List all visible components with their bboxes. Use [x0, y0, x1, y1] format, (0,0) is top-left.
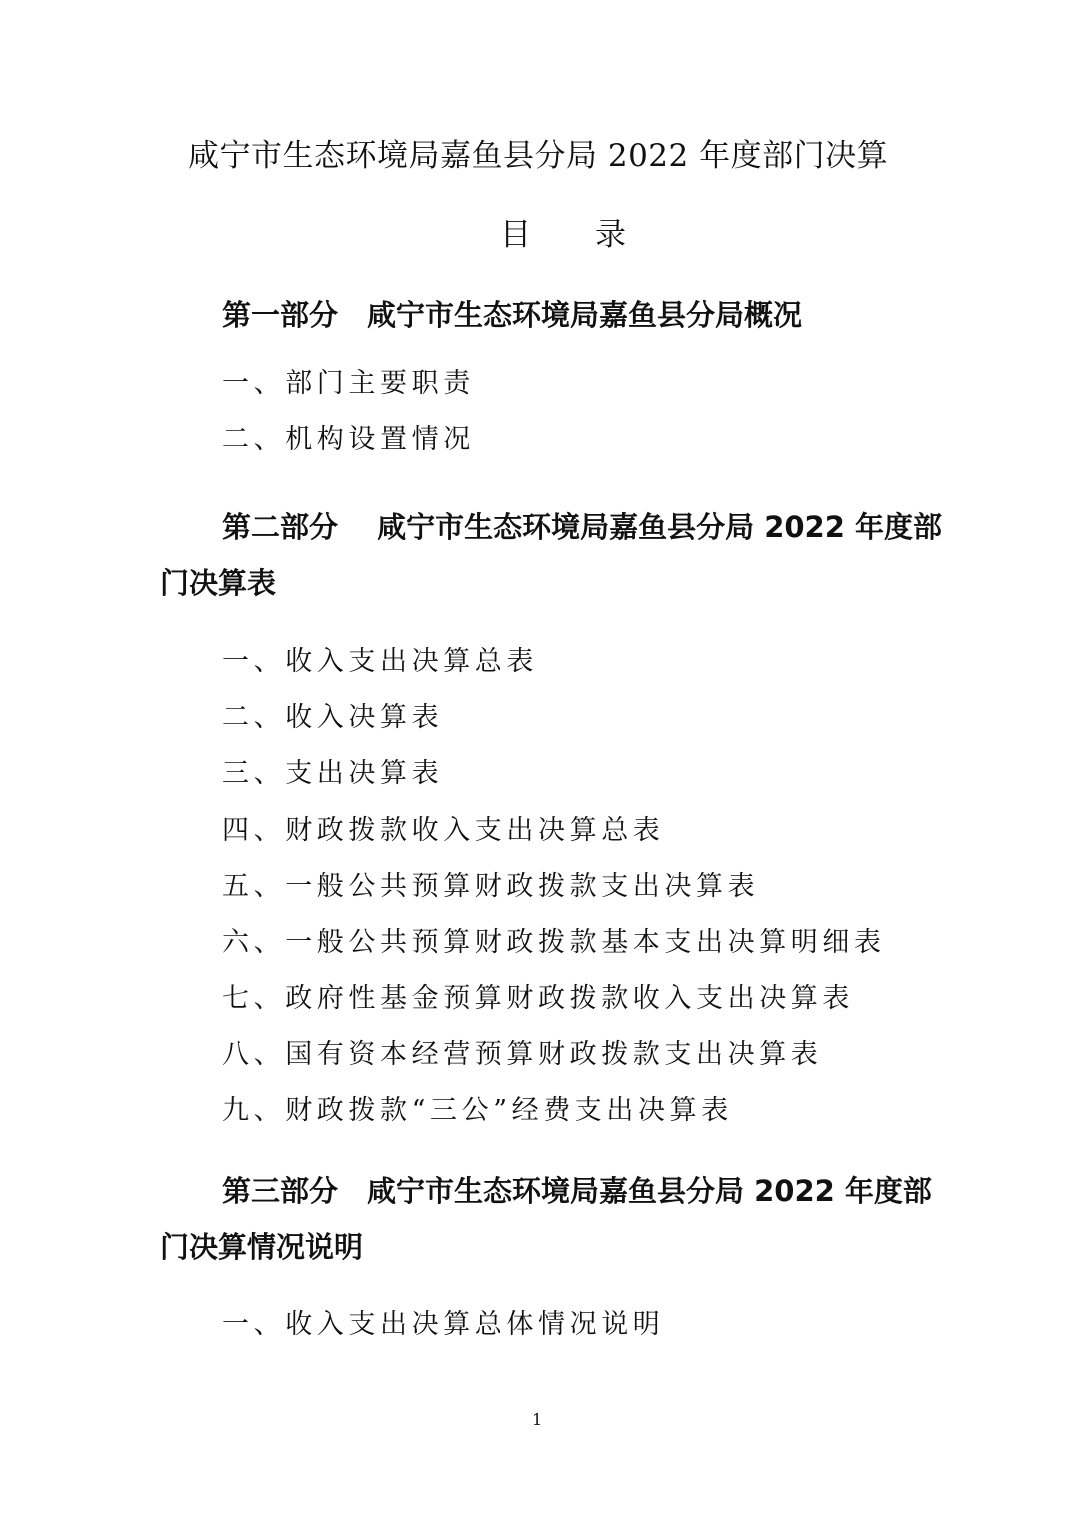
toc-item: 七、政府性基金预算财政拨款收入支出决算表: [222, 985, 854, 1012]
toc-item: 九、财政拨款“三公”经费支出决算表: [222, 1097, 733, 1124]
toc-item: 一、部门主要职责: [222, 370, 475, 397]
toc-heading-char-1: 目: [500, 220, 531, 251]
document-page: 咸宁市生态环境局嘉鱼县分局 2022 年度部门决算 目录 第一部分 咸宁市生态环…: [0, 0, 1074, 1520]
toc-item: 八、国有资本经营预算财政拨款支出决算表: [222, 1041, 822, 1068]
toc-item: 二、收入决算表: [222, 704, 443, 731]
part-2-heading-line-2: 门决算表: [160, 569, 276, 598]
page-number: 1: [532, 1412, 542, 1428]
part-3-heading-line-2: 门决算情况说明: [160, 1233, 363, 1262]
part-1-heading: 第一部分 咸宁市生态环境局嘉鱼县分局概况: [222, 301, 802, 330]
part-2-heading-line-1: 第二部分 咸宁市生态环境局嘉鱼县分局 2022 年度部: [222, 513, 942, 542]
document-title: 咸宁市生态环境局嘉鱼县分局 2022 年度部门决算: [188, 141, 888, 172]
toc-heading-char-2: 录: [595, 220, 626, 251]
toc-item: 六、一般公共预算财政拨款基本支出决算明细表: [222, 929, 886, 956]
toc-item: 四、财政拨款收入支出决算总表: [222, 817, 664, 844]
toc-item: 一、收入支出决算总表: [222, 648, 538, 675]
toc-item: 三、支出决算表: [222, 760, 443, 787]
part-3-heading-line-1: 第三部分 咸宁市生态环境局嘉鱼县分局 2022 年度部: [222, 1177, 932, 1206]
toc-item: 一、收入支出决算总体情况说明: [222, 1311, 664, 1338]
toc-item: 五、一般公共预算财政拨款支出决算表: [222, 873, 759, 900]
toc-item: 二、机构设置情况: [222, 426, 475, 453]
toc-heading: 目录: [500, 220, 626, 251]
